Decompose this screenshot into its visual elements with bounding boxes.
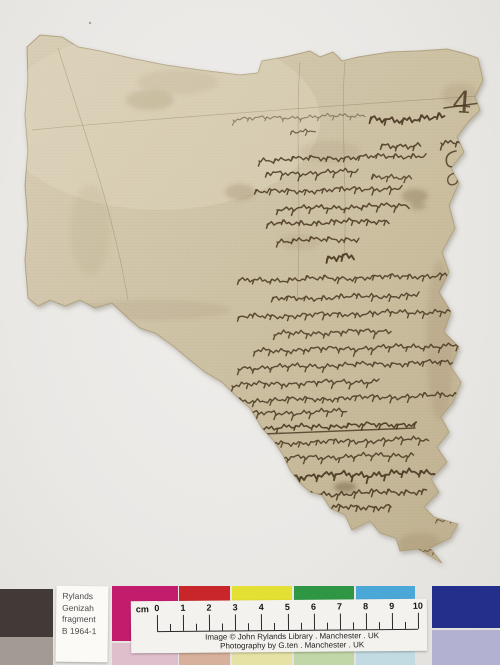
ruler-unit-label: cm — [136, 604, 149, 614]
ruler-tick-label: 9 — [389, 601, 394, 611]
ruler-tick-major — [183, 615, 184, 631]
ruler-tick-minor — [405, 622, 406, 629]
ruler-tick-label: 7 — [337, 601, 342, 611]
ruler-tick-minor — [170, 624, 171, 631]
ruler-tick-minor — [248, 623, 249, 630]
ruler-tick-major — [418, 613, 419, 629]
ruler-tick-minor — [222, 623, 223, 630]
label-line: Rylands — [62, 591, 108, 603]
ruler-tick-major — [209, 615, 210, 631]
fragment-surface: 4 — [0, 30, 490, 570]
ruler-card: cm 012345678910 Image © John Rylands Lib… — [131, 599, 427, 654]
background-speck — [89, 22, 91, 24]
ruler-tick-major — [157, 615, 158, 631]
ruler-tick-major — [366, 613, 367, 629]
ruler-tick-label: 5 — [285, 602, 290, 612]
label-line: fragment — [62, 614, 108, 626]
ruler-tick-label: 10 — [413, 601, 423, 611]
ruler-tick-major — [261, 614, 262, 630]
ruler-tick-minor — [327, 623, 328, 630]
label-line: Genizah — [62, 602, 108, 614]
ruler-tick-label: 2 — [206, 603, 211, 613]
ruler-tick-major — [340, 613, 341, 629]
ruler-tick-minor — [353, 622, 354, 629]
ruler-tick-major — [392, 613, 393, 629]
ruler-tick-label: 1 — [180, 603, 185, 613]
archival-number-mark: 4 — [451, 85, 472, 121]
ruler-tick-label: 6 — [311, 602, 316, 612]
photography-credit-line: Photography by G.ten . Manchester . UK — [131, 640, 427, 652]
ruler-tick-label: 4 — [259, 602, 264, 612]
ruler-tick-minor — [196, 624, 197, 631]
fragment-image: 4 — [0, 0, 500, 665]
ruler-tick-label: 3 — [233, 602, 238, 612]
ruler-tick-label: 8 — [363, 601, 368, 611]
ruler-tick-major — [235, 614, 236, 630]
ruler-tick-minor — [274, 623, 275, 630]
ruler-tick-major — [287, 614, 288, 630]
manuscript-photo: 4 Rylands Genizah fragment B 1964-1 cm 0… — [0, 0, 500, 665]
ruler-tick-major — [313, 614, 314, 630]
ruler-tick-minor — [379, 622, 380, 629]
fragment-label-card: Rylands Genizah fragment B 1964-1 — [55, 586, 108, 663]
ruler-tick-minor — [301, 623, 302, 630]
ruler-tick-label: 0 — [154, 603, 159, 613]
label-line: B 1964-1 — [62, 625, 108, 637]
